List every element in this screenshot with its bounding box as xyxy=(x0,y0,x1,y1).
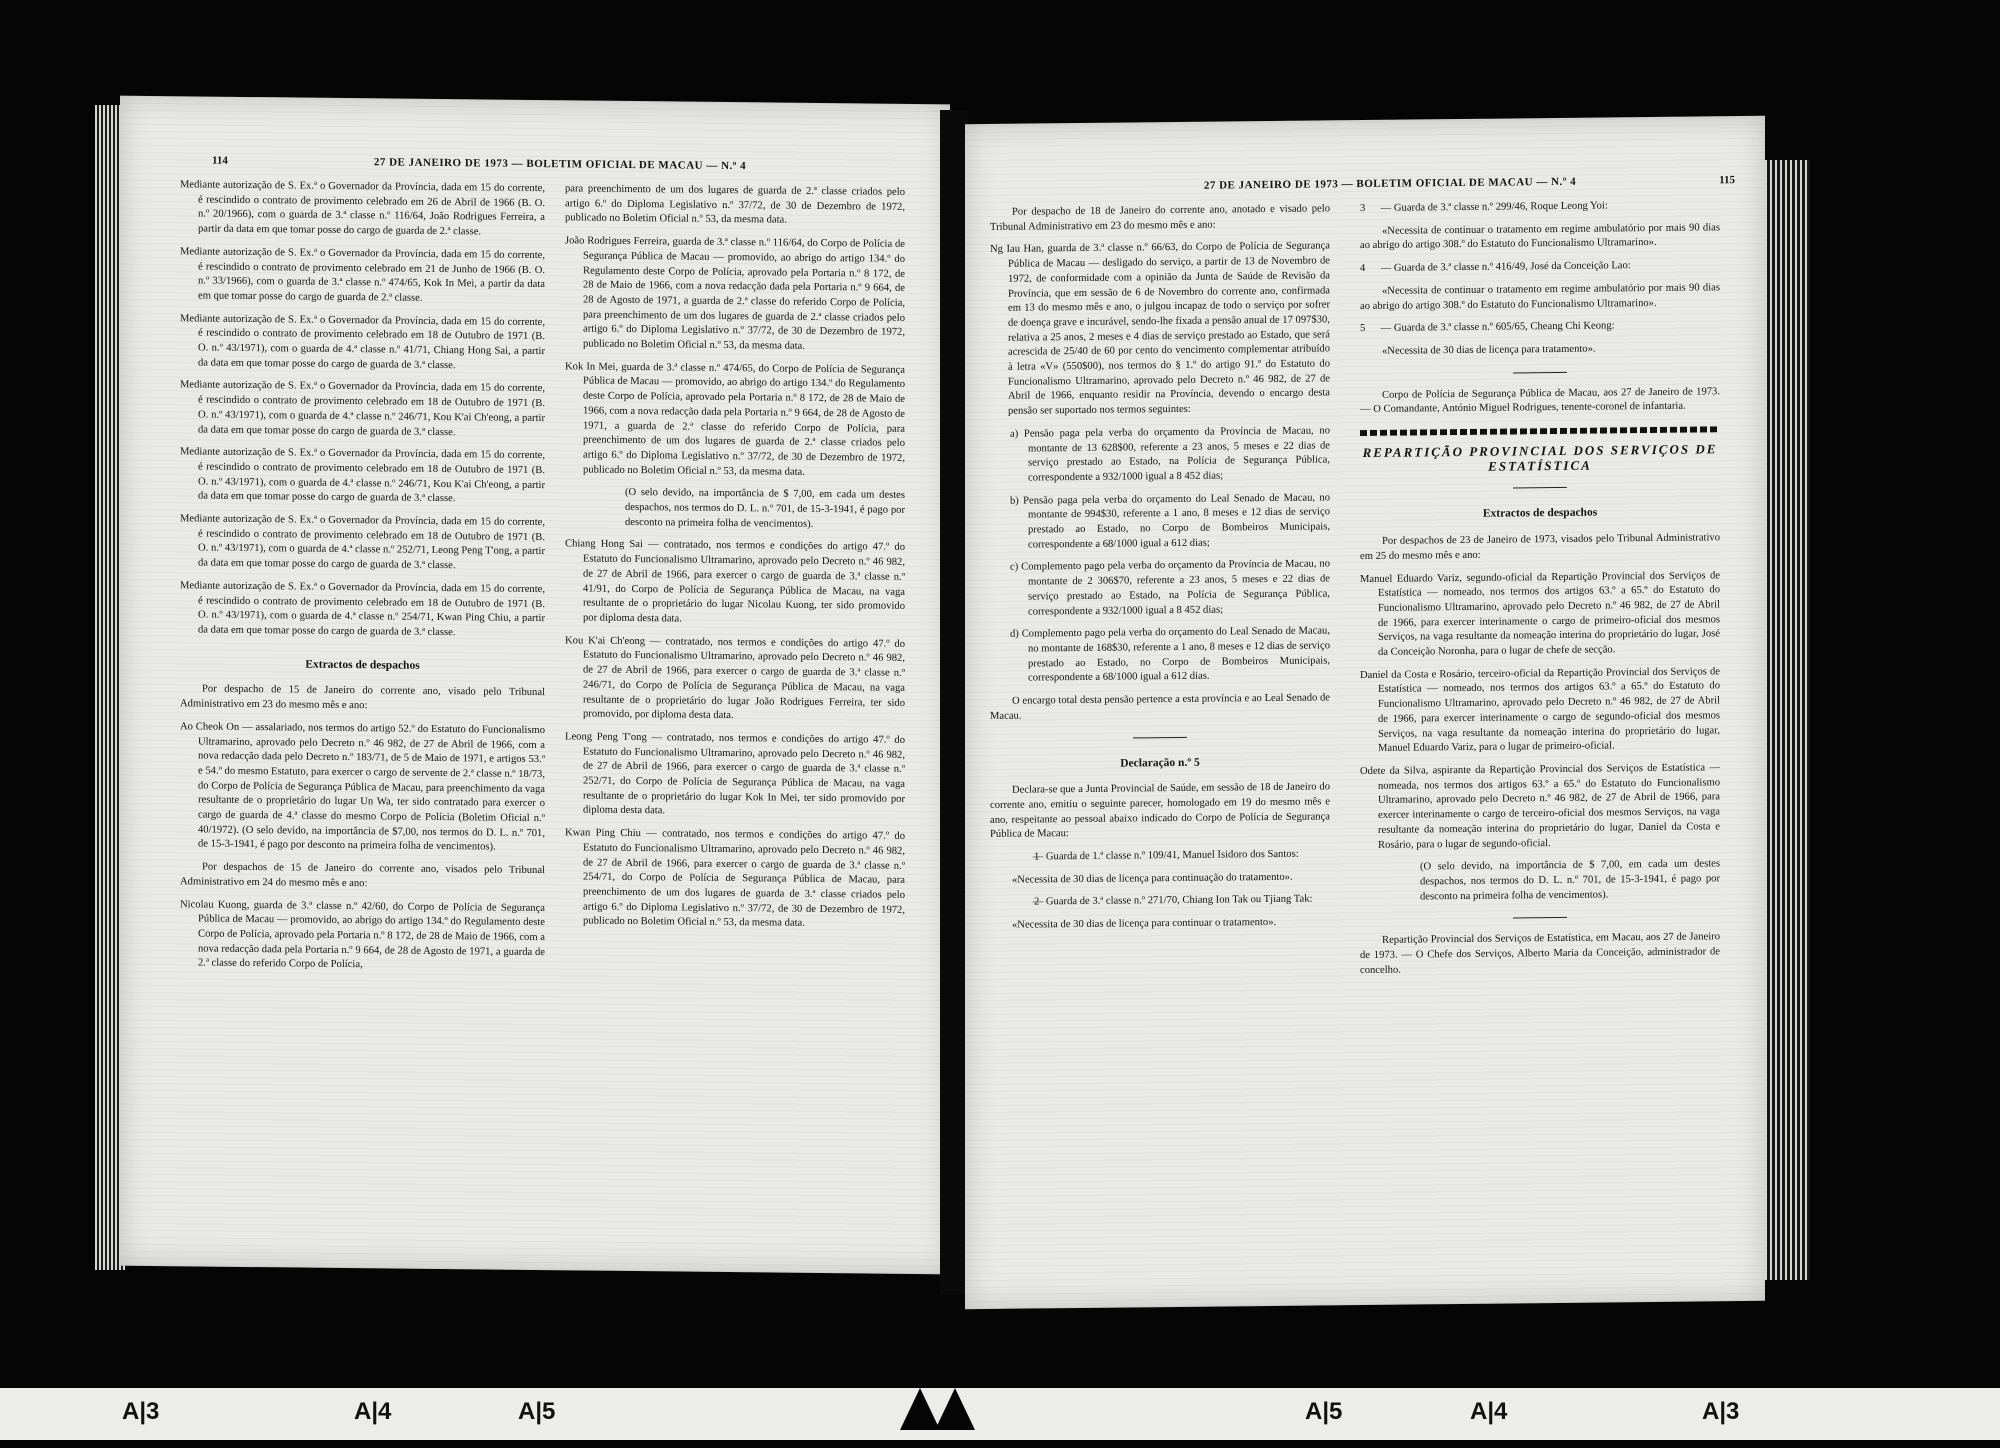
despacho-intro: Por despachos de 23 de Janeiro de 1973, … xyxy=(1360,531,1720,564)
film-marker: A|5 xyxy=(1305,1398,1342,1426)
paragraph-rescission: Mediante autorização de S. Ex.ª o Govern… xyxy=(180,512,545,575)
divider xyxy=(1513,917,1567,919)
divider xyxy=(1513,372,1567,374)
paragraph-rescission: Mediante autorização de S. Ex.ª o Govern… xyxy=(180,379,545,442)
declaration-item: 5 — Guarda de 3.ª classe n.º 605/65, Che… xyxy=(1360,319,1720,337)
section-title-extractos: Extractos de despachos xyxy=(180,656,545,675)
paragraph-rescission: Mediante autorização de S. Ex.ª o Govern… xyxy=(180,446,545,509)
page-number-right: 115 xyxy=(1719,174,1735,186)
pension-item-d: d) Complemento pago pela verba do orçame… xyxy=(1000,625,1330,687)
right-page-column-1: Por despacho de 18 de Janeiro do corrent… xyxy=(990,202,1330,941)
left-page-column-1: Mediante autorização de S. Ex.ª o Govern… xyxy=(180,178,545,983)
film-marker: A|3 xyxy=(1702,1398,1739,1426)
paragraph-chiang-hong-sai: Chiang Hong Sai — contratado, nos termos… xyxy=(565,538,905,630)
paragraph-pension: Ng Iau Han, guarda de 3.ª classe n.º 66/… xyxy=(990,240,1330,420)
left-page-column-2: para preenchimento de um dos lugares de … xyxy=(565,182,905,941)
page-edges-right xyxy=(1760,160,1810,1280)
pension-closing: O encargo total desta pensão pertence a … xyxy=(990,691,1330,724)
pension-item-b: b) Pensão paga pela verba do orçamento d… xyxy=(1000,491,1330,553)
film-marker: A|4 xyxy=(354,1398,391,1426)
paragraph-rescission: Mediante autorização de S. Ex.ª o Govern… xyxy=(180,178,545,241)
film-marker: A|5 xyxy=(518,1398,555,1426)
running-head-right: 27 DE JANEIRO DE 1973 — BOLETIM OFICIAL … xyxy=(1045,174,1735,193)
paragraph-manuel-eduardo: Manuel Eduardo Variz, segundo-oficial da… xyxy=(1360,569,1720,661)
film-notch xyxy=(935,1388,975,1430)
paragraph-nicolau-kuong: Nicolau Kuong, guarda de 3.ª classe n.º … xyxy=(180,898,545,975)
signature-police: Corpo de Polícia de Segurança Pública de… xyxy=(1360,385,1720,418)
paragraph-leong-peng-tong: Leong Peng T'ong — contratado, nos termo… xyxy=(565,730,905,822)
paragraph-rescission: Mediante autorização de S. Ex.ª o Govern… xyxy=(180,312,545,375)
declaration-note: «Necessita de 30 dias de licença para co… xyxy=(990,870,1330,888)
film-notch xyxy=(900,1388,940,1430)
declaration-intro: Declara-se que a Junta Provincial de Saú… xyxy=(990,781,1330,843)
declaration-note: «Necessita de 30 dias de licença para tr… xyxy=(1360,341,1720,359)
paragraph-kok-in-mei: Kok In Mei, guarda de 3.ª classe n.º 474… xyxy=(565,360,905,481)
declaration-item: 1 — Guarda de 1.ª classe n.º 109/41, Man… xyxy=(990,847,1330,865)
despacho-intro: Por despacho de 15 de Janeiro do corrent… xyxy=(180,683,545,716)
department-title: Repartição Provincial dos Serviços de Es… xyxy=(1360,442,1720,475)
film-marker: A|4 xyxy=(1470,1398,1507,1426)
divider xyxy=(1133,736,1187,738)
signature-statistics: Repartição Provincial dos Serviços de Es… xyxy=(1360,931,1720,979)
left-page: 114 27 DE JANEIRO DE 1973 — BOLETIM OFIC… xyxy=(120,96,950,1275)
pension-item-c: c) Complemento pago pela verba do orçame… xyxy=(1000,558,1330,620)
despacho-intro: Por despacho de 18 de Janeiro do corrent… xyxy=(990,202,1330,235)
paragraph-daniel-costa: Daniel da Costa e Rosário, terceiro-ofic… xyxy=(1360,665,1720,757)
paragraph-odete-silva: Odete da Silva, aspirante da Repartição … xyxy=(1360,761,1720,853)
declaration-title: Declaração n.º 5 xyxy=(990,754,1330,772)
paragraph-ao-cheok-on: Ao Cheok On — assalariado, nos termos do… xyxy=(180,720,545,856)
paragraph-joao-rodrigues: João Rodrigues Ferreira, guarda de 3.ª c… xyxy=(565,234,905,355)
despacho-intro: Por despachos de 15 de Janeiro do corren… xyxy=(180,860,545,893)
film-strip: A|3 A|4 A|5 A|5 A|4 A|3 xyxy=(0,1388,2000,1440)
paragraph-rescission: Mediante autorização de S. Ex.ª o Govern… xyxy=(180,579,545,642)
selo-note: (O selo devido, na importância de $ 7,00… xyxy=(1420,857,1720,904)
paragraph-kwan-ping-chiu: Kwan Ping Chiu — contratado, nos termos … xyxy=(565,826,905,932)
film-marker: A|3 xyxy=(122,1398,159,1426)
decorative-rule xyxy=(1360,426,1720,436)
declaration-item: 4 — Guarda de 3.ª classe n.º 416/49, Jos… xyxy=(1360,258,1720,276)
selo-note: (O selo devido, na importância de $ 7,00… xyxy=(625,486,905,533)
divider xyxy=(1513,487,1567,489)
declaration-item: 3 — Guarda de 3.ª classe n.º 299/46, Roq… xyxy=(1360,198,1720,216)
running-head-left: 27 DE JANEIRO DE 1973 — BOLETIM OFICIAL … xyxy=(200,154,920,174)
paragraph-rescission: Mediante autorização de S. Ex.ª o Govern… xyxy=(180,245,545,308)
pension-item-a: a) Pensão paga pela verba do orçamento d… xyxy=(1000,424,1330,486)
section-title-extractos: Extractos de despachos xyxy=(1360,505,1720,523)
paragraph-kou-kai-cheong: Kou K'ai Ch'eong — contratado, nos termo… xyxy=(565,634,905,726)
right-page-column-2: 3 — Guarda de 3.ª classe n.º 299/46, Roq… xyxy=(1360,198,1720,986)
declaration-note: «Necessita de continuar o tratamento em … xyxy=(1360,221,1720,254)
declaration-note: «Necessita de continuar o tratamento em … xyxy=(1360,281,1720,314)
declaration-note: «Necessita de 30 dias de licença para co… xyxy=(990,915,1330,933)
right-page: 27 DE JANEIRO DE 1973 — BOLETIM OFICIAL … xyxy=(965,116,1765,1309)
book-gutter xyxy=(940,110,968,1295)
paragraph-continuation: para preenchimento de um dos lugares de … xyxy=(565,182,905,230)
declaration-item: 2 — Guarda de 3.ª classe n.º 271/70, Chi… xyxy=(990,893,1330,911)
